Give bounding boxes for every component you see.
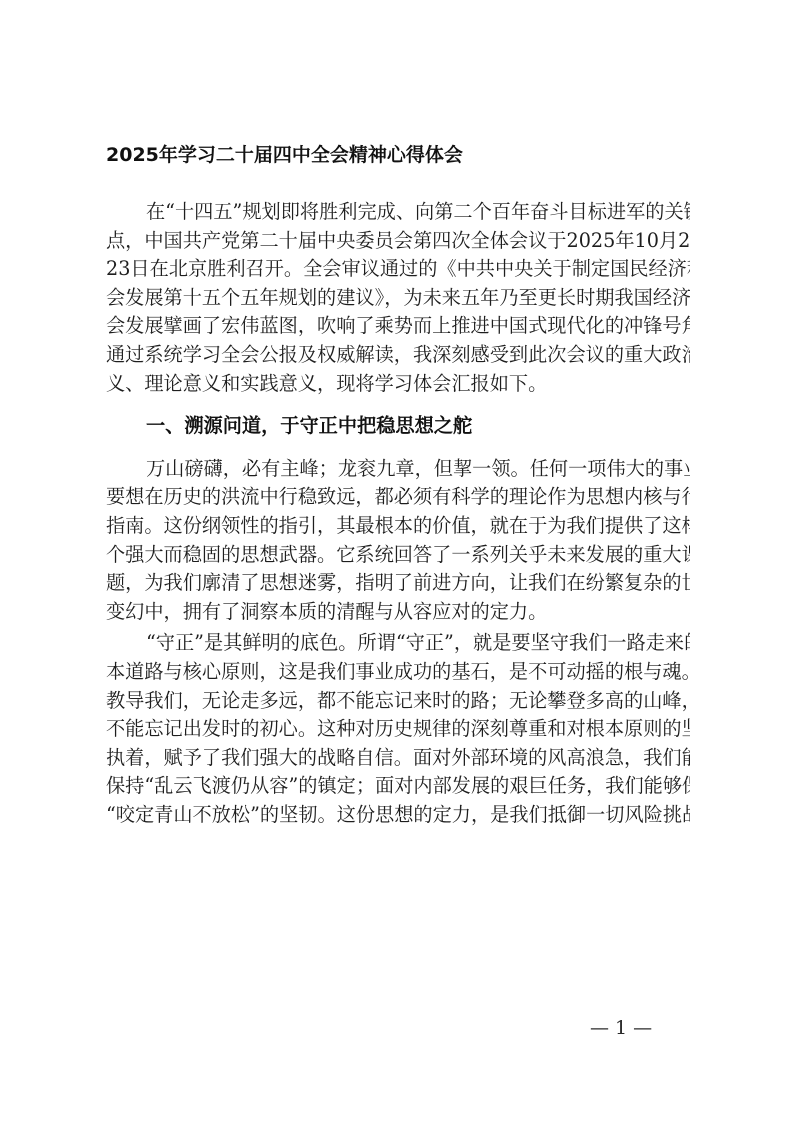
text-line: 万山磅礴，必有主峰；龙衮九章，但挈一领。任何一项伟大的事业， bbox=[106, 455, 690, 484]
section-heading: 一、溯源问道，于守正中把稳思想之舵 bbox=[106, 412, 690, 441]
text-line: 变幻中，拥有了洞察本质的清醒与从容应对的定力。 bbox=[106, 598, 690, 627]
page-number: — 1 — bbox=[590, 1014, 652, 1042]
text-line: 教导我们，无论走多远，都不能忘记来时的路；无论攀登多高的山峰，都 bbox=[106, 687, 690, 716]
text-line: 义、理论意义和实践意义，现将学习体会汇报如下。 bbox=[106, 370, 690, 399]
text-line: 23日在北京胜利召开。全会审议通过的《中共中央关于制定国民经济和社 bbox=[106, 255, 690, 284]
text-line: 本道路与核心原则，这是我们事业成功的基石，是不可动摇的根与魂。它 bbox=[106, 658, 690, 687]
text-line: “守正”是其鲜明的底色。所谓“守正”，就是要坚守我们一路走来的根 bbox=[106, 629, 690, 658]
text-line: “咬定青山不放松”的坚韧。这份思想的定力，是我们抵御一切风险挑战最 bbox=[106, 801, 690, 830]
text-line: 要想在历史的洪流中行稳致远，都必须有科学的理论作为思想内核与行动 bbox=[106, 483, 690, 512]
document-title: 2025年学习二十届四中全会精神心得体会 bbox=[106, 141, 463, 169]
text-line: 点，中国共产党第二十届中央委员会第四次全体会议于2025年10月20日至 bbox=[106, 227, 690, 256]
text-line: 题，为我们廓清了思想迷雾，指明了前进方向，让我们在纷繁复杂的世事 bbox=[106, 569, 690, 598]
document-body: 在“十四五”规划即将胜利完成、向第二个百年奋斗目标进军的关键节 点，中国共产党第… bbox=[106, 198, 690, 829]
section-paragraph: 万山磅礴，必有主峰；龙衮九章，但挈一领。任何一项伟大的事业， 要想在历史的洪流中… bbox=[106, 455, 690, 627]
text-line: 个强大而稳固的思想武器。它系统回答了一系列关乎未来发展的重大课 bbox=[106, 541, 690, 570]
text-line: 在“十四五”规划即将胜利完成、向第二个百年奋斗目标进军的关键节 bbox=[106, 198, 690, 227]
section-paragraph: “守正”是其鲜明的底色。所谓“守正”，就是要坚守我们一路走来的根 本道路与核心原… bbox=[106, 629, 690, 829]
document-page: 2025年学习二十届四中全会精神心得体会 在“十四五”规划即将胜利完成、向第二个… bbox=[0, 0, 794, 1122]
intro-paragraph: 在“十四五”规划即将胜利完成、向第二个百年奋斗目标进军的关键节 点，中国共产党第… bbox=[106, 198, 690, 398]
text-line: 不能忘记出发时的初心。这种对历史规律的深刻尊重和对根本原则的坚定 bbox=[106, 715, 690, 744]
text-line: 执着，赋予了我们强大的战略自信。面对外部环境的风高浪急，我们能够 bbox=[106, 744, 690, 773]
text-line: 会发展擘画了宏伟蓝图，吹响了乘势而上推进中国式现代化的冲锋号角。 bbox=[106, 312, 690, 341]
text-line: 指南。这份纲领性的指引，其最根本的价值，就在于为我们提供了这样一 bbox=[106, 512, 690, 541]
text-line: 通过系统学习全会公报及权威解读，我深刻感受到此次会议的重大政治意 bbox=[106, 341, 690, 370]
text-line: 保持“乱云飞渡仍从容”的镇定；面对内部发展的艰巨任务，我们能够保持 bbox=[106, 772, 690, 801]
text-line: 会发展第十五个五年规划的建议》，为未来五年乃至更长时期我国经济社 bbox=[106, 284, 690, 313]
